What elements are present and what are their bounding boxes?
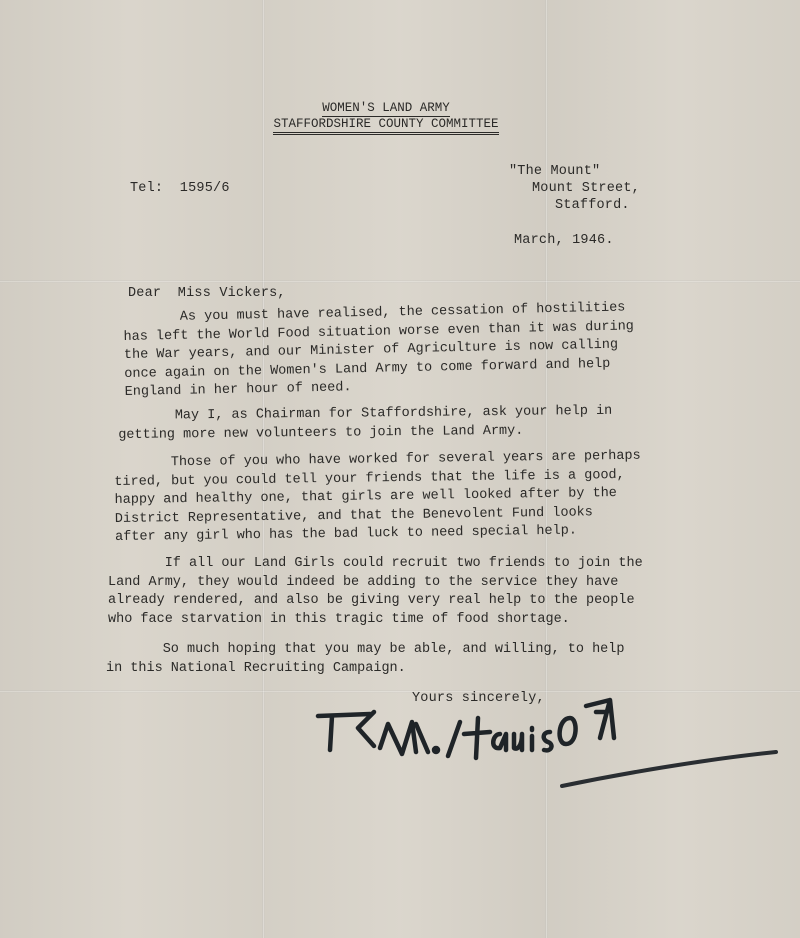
- address-line: "The Mount": [509, 163, 600, 180]
- telephone-number: Tel: 1595/6: [130, 180, 230, 197]
- letter-date: March, 1946.: [514, 232, 614, 249]
- letter-paper: WOMEN'S LAND ARMY STAFFORDSHIRE COUNTY C…: [0, 0, 800, 938]
- fold-line-horizontal: [0, 280, 800, 283]
- text-line: already rendered, and also be giving ver…: [108, 592, 643, 611]
- body-paragraph: If all our Land Girls could recruit two …: [108, 555, 643, 629]
- text-line: If all our Land Girls could recruit two …: [108, 555, 643, 574]
- address-line: Stafford.: [555, 197, 630, 214]
- address-line: Mount Street,: [532, 180, 640, 197]
- handwritten-signature: [310, 678, 790, 803]
- text-line: Land Army, they would indeed be adding t…: [108, 574, 643, 593]
- body-paragraph: As you must have realised, the cessation…: [123, 299, 635, 402]
- salutation: Dear Miss Vickers,: [128, 285, 286, 302]
- body-paragraph: May I, as Chairman for Staffordshire, as…: [118, 403, 613, 445]
- letterhead-organisation: WOMEN'S LAND ARMY: [322, 101, 450, 117]
- signature-icon: [310, 678, 790, 798]
- text-line: in this National Recruiting Campaign.: [106, 660, 624, 679]
- text-line: who face starvation in this tragic time …: [108, 611, 643, 630]
- text-line: So much hoping that you may be able, and…: [106, 641, 624, 660]
- letterhead: WOMEN'S LAND ARMY STAFFORDSHIRE COUNTY C…: [262, 101, 510, 135]
- body-paragraph: Those of you who have worked for several…: [114, 448, 642, 548]
- body-paragraph: So much hoping that you may be able, and…: [106, 641, 624, 678]
- letterhead-committee: STAFFORDSHIRE COUNTY COMMITTEE: [273, 117, 498, 135]
